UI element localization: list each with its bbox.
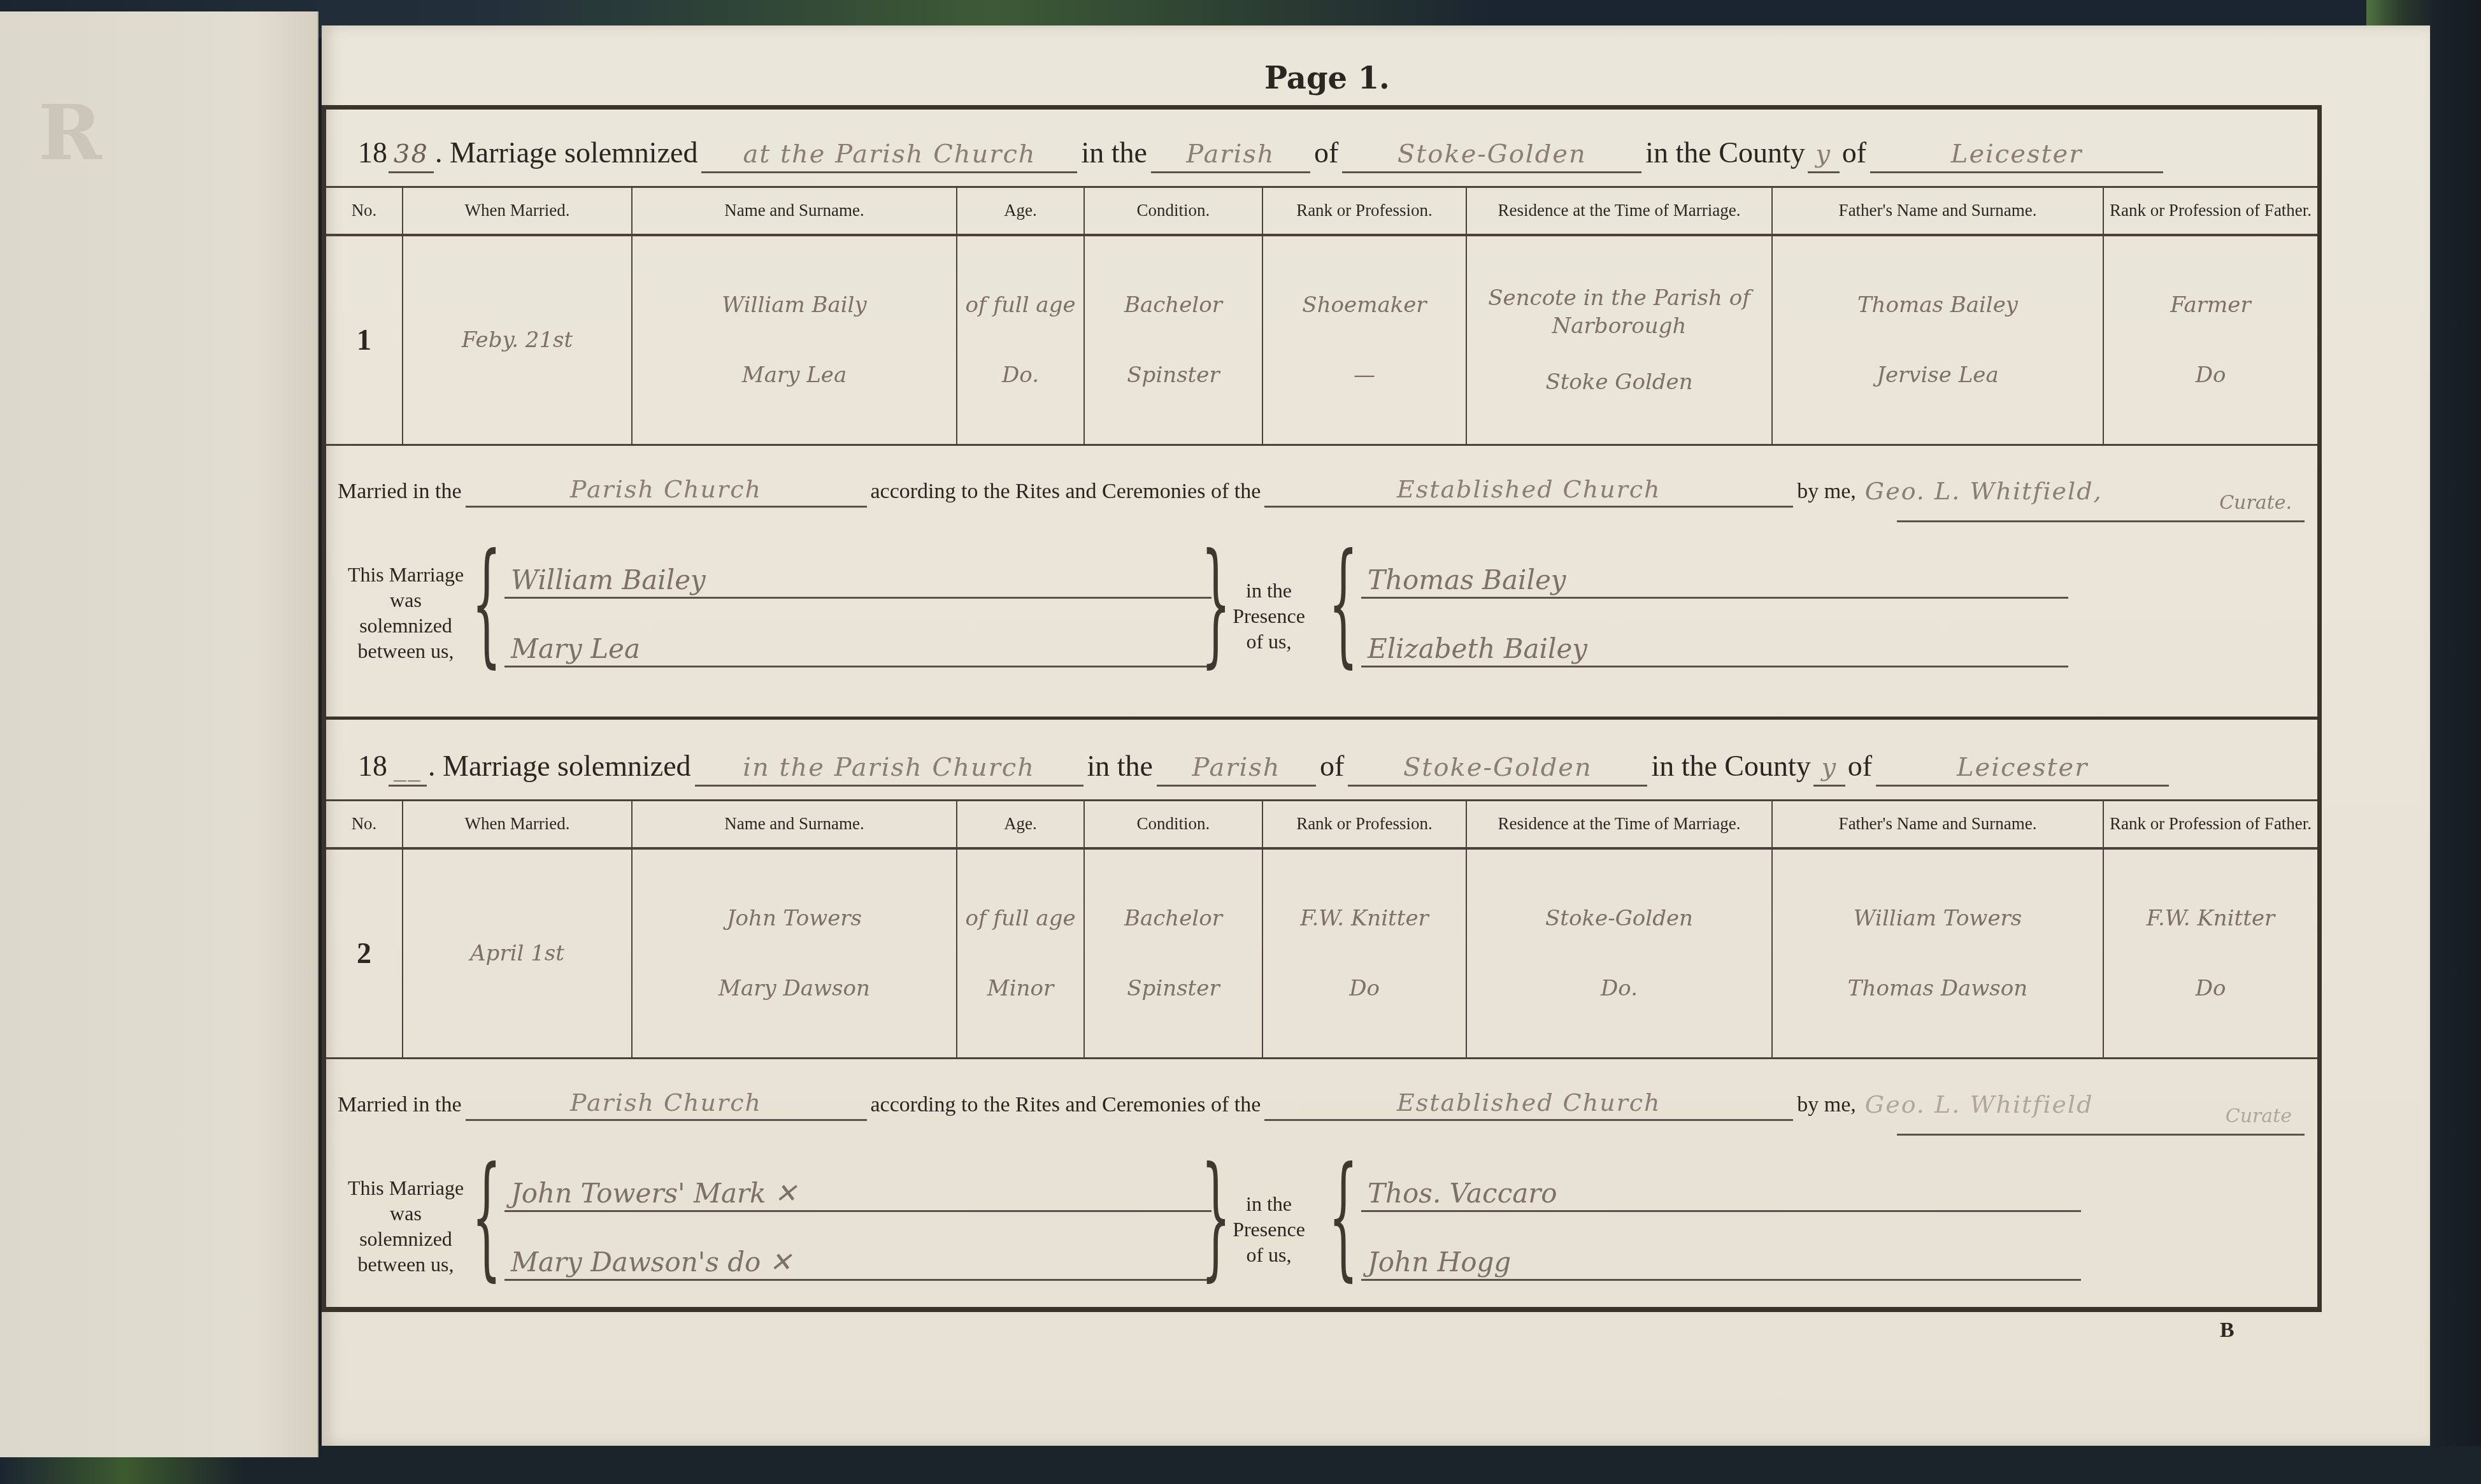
ages-cell: of full age Do. [957, 235, 1084, 445]
groom-name: John Towers [633, 904, 956, 932]
label-line: Presence [1224, 1216, 1313, 1242]
place-field: Stoke-Golden [1342, 139, 1641, 173]
col-condition: Condition. [1084, 801, 1262, 848]
by-me-label: by me, [1797, 1093, 1856, 1121]
officiant-title: Curate [2226, 1105, 2292, 1127]
bride-father: Thomas Dawson [1773, 974, 2103, 1002]
signatures-block: This Marriage was solemnized between us,… [332, 1156, 2307, 1302]
bride-name: Mary Lea [633, 361, 956, 389]
of-county-label: of [1842, 136, 1866, 173]
col-name: Name and Surname. [632, 187, 957, 235]
register-page: Page 1. 18 38 . Marriage solemnized at t… [322, 25, 2430, 1446]
fathers-cell: Thomas Bailey Jervise Lea [1772, 235, 2103, 445]
marriage-solemnized-label: . Marriage solemnized [435, 136, 698, 173]
table-row: 1 Feby. 21st William Baily Mary Lea of f… [326, 235, 2317, 445]
left-brace-icon: { [1328, 1150, 1358, 1283]
county-field: Leicester [1870, 139, 2163, 173]
solemnized-at-field: in the Parish Church [695, 753, 1083, 787]
ranks-cell: F.W. Knitter Do [1262, 848, 1466, 1059]
this-marriage-label: This Marriage was solemnized between us, [332, 1175, 479, 1277]
left-page: R [0, 11, 318, 1457]
col-rank: Rank or Profession. [1262, 187, 1466, 235]
label-line: between us, [332, 638, 479, 664]
solemnized-at-field: at the Parish Church [701, 139, 1077, 173]
col-when-married: When Married. [403, 187, 632, 235]
witness-signature-2: Elizabeth Bailey [1361, 624, 2068, 667]
col-residence: Residence at the Time of Marriage. [1466, 187, 1772, 235]
fathers-cell: William Towers Thomas Dawson [1772, 848, 2103, 1059]
entry-number: 1 [326, 235, 403, 445]
ranks-cell: Shoemaker — [1262, 235, 1466, 445]
conditions-cell: Bachelor Spinster [1084, 235, 1262, 445]
this-marriage-label: This Marriage was solemnized between us, [332, 562, 479, 664]
entry-number: 2 [326, 848, 403, 1059]
witness-signature-1: Thos. Vaccaro [1361, 1169, 2081, 1212]
label-line: solemnized [332, 613, 479, 638]
officiant-signature: Geo. L. Whitfield [1860, 1090, 2178, 1121]
groom-rank: Shoemaker [1263, 291, 1466, 319]
married-in-field: Parish Church [466, 1088, 867, 1121]
ages-cell: of full age Minor [957, 848, 1084, 1059]
bride-signature: Mary Lea [504, 624, 1212, 667]
witnesses-signatures: Thomas Bailey Elizabeth Bailey [1361, 555, 2068, 667]
col-when-married: When Married. [403, 801, 632, 848]
officiant-title: Curate. [2219, 492, 2292, 514]
table-header-row: No. When Married. Name and Surname. Age.… [326, 187, 2317, 235]
marriage-entry-2: 18 __ . Marriage solemnized in the Paris… [326, 723, 2317, 1309]
groom-father: Thomas Bailey [1773, 291, 2103, 319]
names-cell: John Towers Mary Dawson [632, 848, 957, 1059]
label-line: of us, [1224, 629, 1313, 654]
register-table: No. When Married. Name and Surname. Age.… [326, 186, 2317, 446]
col-name: Name and Surname. [632, 801, 957, 848]
married-in-label: Married in the [338, 1093, 462, 1121]
residences-cell: Sencote in the Parish of Narborough Stok… [1466, 235, 1772, 445]
col-age: Age. [957, 187, 1084, 235]
groom-father-rank: Farmer [2104, 291, 2317, 319]
of-label: of [1314, 136, 1338, 173]
col-age: Age. [957, 801, 1084, 848]
left-brace-icon: { [1328, 536, 1358, 670]
bride-father-rank: Do [2104, 974, 2317, 1002]
groom-signature: William Bailey [504, 555, 1212, 599]
entry-headline: 18 38 . Marriage solemnized at the Paris… [358, 122, 2298, 173]
col-residence: Residence at the Time of Marriage. [1466, 801, 1772, 848]
conditions-cell: Bachelor Spinster [1084, 848, 1262, 1059]
according-to-label: according to the Rites and Ceremonies of… [871, 480, 1261, 508]
married-in-label: Married in the [338, 480, 462, 508]
bride-age: Do. [957, 361, 1083, 389]
book-cover-bottom [0, 1446, 2481, 1484]
marriage-solemnized-label: . Marriage solemnized [428, 749, 691, 787]
year-suffix-field: 38 [389, 139, 434, 173]
bride-condition: Spinster [1085, 361, 1262, 389]
col-condition: Condition. [1084, 187, 1262, 235]
col-father-rank: Rank or Profession of Father. [2103, 187, 2317, 235]
parties-signatures: John Towers' Mark ✕ Mary Dawson's do ✕ [504, 1169, 1212, 1281]
bride-name: Mary Dawson [633, 974, 956, 1002]
year-prefix: 18 [358, 136, 387, 173]
left-brace-icon: { [471, 536, 501, 670]
col-father-name: Father's Name and Surname. [1772, 801, 2103, 848]
witness-signature-1: Thomas Bailey [1361, 555, 2068, 599]
rites-field: Established Church [1264, 1088, 1793, 1121]
label-line: was [332, 587, 479, 613]
father-ranks-cell: F.W. Knitter Do [2103, 848, 2317, 1059]
groom-father-rank: F.W. Knitter [2104, 904, 2317, 932]
bride-father-rank: Do [2104, 361, 2317, 389]
according-to-label: according to the Rites and Ceremonies of… [871, 1093, 1261, 1121]
groom-rank: F.W. Knitter [1263, 904, 1466, 932]
col-rank: Rank or Profession. [1262, 801, 1466, 848]
label-line: in the [1224, 578, 1313, 603]
register-table: No. When Married. Name and Surname. Age.… [326, 799, 2317, 1059]
county-suffix-field: y [1808, 139, 1840, 173]
label-line: Presence [1224, 603, 1313, 629]
groom-signature: John Towers' Mark ✕ [504, 1169, 1212, 1212]
officiant-signature: Geo. L. Whitfield, [1860, 477, 2178, 508]
bride-residence: Stoke Golden [1467, 368, 1771, 396]
officiant-underline [1897, 520, 2305, 522]
in-the-label: in the [1081, 136, 1147, 173]
col-no: No. [326, 801, 403, 848]
groom-age: of full age [957, 904, 1083, 932]
by-me-label: by me, [1797, 480, 1856, 508]
year-prefix: 18 [358, 749, 387, 787]
signatures-block: This Marriage was solemnized between us,… [332, 543, 2307, 689]
parish-type-field: Parish [1151, 139, 1310, 173]
register-frame: 18 38 . Marriage solemnized at the Paris… [322, 105, 2322, 1312]
witness-signature-2: John Hogg [1361, 1238, 2081, 1281]
presence-label: in the Presence of us, [1224, 578, 1313, 654]
col-father-rank: Rank or Profession of Father. [2103, 801, 2317, 848]
label-line: solemnized [332, 1226, 479, 1252]
county-suffix-field: y [1813, 753, 1845, 787]
groom-condition: Bachelor [1085, 904, 1262, 932]
marriage-entry-1: 18 38 . Marriage solemnized at the Paris… [326, 110, 2317, 720]
label-line: This Marriage [332, 562, 479, 587]
father-ranks-cell: Farmer Do [2103, 235, 2317, 445]
parties-signatures: William Bailey Mary Lea [504, 555, 1212, 667]
residences-cell: Stoke-Golden Do. [1466, 848, 1772, 1059]
when-married: April 1st [403, 848, 632, 1059]
table-row: 2 April 1st John Towers Mary Dawson of f… [326, 848, 2317, 1059]
page-title: Page 1. [1264, 61, 1390, 96]
label-line: in the [1224, 1191, 1313, 1216]
married-in-field: Parish Church [466, 475, 867, 508]
groom-residence: Stoke-Golden [1467, 904, 1771, 932]
parish-type-field: Parish [1157, 753, 1316, 787]
county-label: in the County [1651, 749, 1810, 787]
when-married: Feby. 21st [403, 235, 632, 445]
entry-headline: 18 __ . Marriage solemnized in the Paris… [358, 736, 2298, 787]
bride-father: Jervise Lea [1773, 361, 2103, 389]
witnesses-signatures: Thos. Vaccaro John Hogg [1361, 1169, 2081, 1281]
married-in-line: Married in the Parish Church according t… [338, 1076, 2305, 1121]
of-county-label: of [1848, 749, 1872, 787]
presence-label: in the Presence of us, [1224, 1191, 1313, 1267]
groom-age: of full age [957, 291, 1083, 319]
bride-rank: Do [1263, 974, 1466, 1002]
rites-field: Established Church [1264, 475, 1793, 508]
county-label: in the County [1645, 136, 1805, 173]
signature-mark: B [2220, 1318, 2234, 1343]
groom-father: William Towers [1773, 904, 2103, 932]
bride-residence: Do. [1467, 974, 1771, 1002]
county-field: Leicester [1876, 753, 2169, 787]
col-no: No. [326, 187, 403, 235]
bride-age: Minor [957, 974, 1083, 1002]
col-father-name: Father's Name and Surname. [1772, 187, 2103, 235]
groom-residence: Sencote in the Parish of Narborough [1467, 284, 1771, 340]
in-the-label: in the [1087, 749, 1153, 787]
left-brace-icon: { [471, 1150, 501, 1283]
names-cell: William Baily Mary Lea [632, 235, 957, 445]
bride-signature: Mary Dawson's do ✕ [504, 1238, 1212, 1281]
label-line: was [332, 1201, 479, 1226]
groom-condition: Bachelor [1085, 291, 1262, 319]
label-line: of us, [1224, 1242, 1313, 1267]
label-line: between us, [332, 1252, 479, 1277]
label-line: This Marriage [332, 1175, 479, 1201]
year-suffix-field: __ [389, 753, 427, 787]
bleed-through-text: R [38, 88, 102, 178]
groom-name: William Baily [633, 291, 956, 319]
of-label: of [1320, 749, 1344, 787]
bride-rank: — [1263, 361, 1466, 389]
table-header-row: No. When Married. Name and Surname. Age.… [326, 801, 2317, 848]
officiant-underline [1897, 1134, 2305, 1136]
place-field: Stoke-Golden [1348, 753, 1647, 787]
married-in-line: Married in the Parish Church according t… [338, 463, 2305, 508]
bride-condition: Spinster [1085, 974, 1262, 1002]
